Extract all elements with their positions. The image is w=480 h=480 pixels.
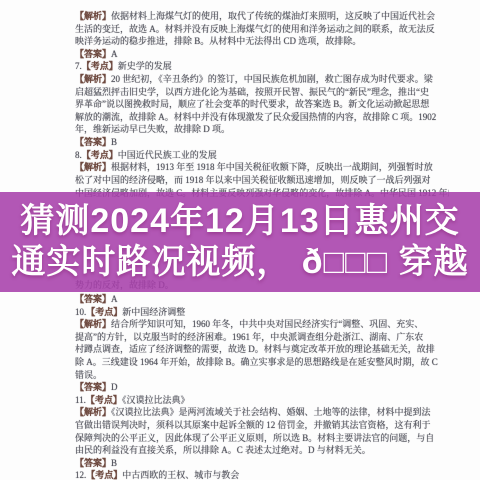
document-line: 7.【考点】新史学的发展: [75, 60, 449, 73]
line-text: 除 A。三线建设 1964 年开始，故排除 B。确立实事求是的思想路线是在延安整…: [75, 357, 438, 367]
line-text: 12.: [75, 470, 86, 480]
section-tag: 【考点】: [86, 395, 122, 405]
section-tag: 【解析】: [75, 162, 111, 172]
line-text: 保障判决的公平正义，因此体现了公平正义原则，所以选 B。材料主要讲法官的问题，与…: [75, 433, 434, 443]
document-line: 【解析】20 世纪初，《辛丑条约》的签订，中国民族危机加剧，救亡图存成为时代要求…: [75, 73, 449, 86]
line-text: 中国近代民族工业的发展: [118, 150, 217, 160]
line-text: 7.: [75, 61, 82, 71]
document-line: 12.【考点】中古西欧的王权、城市与教会: [75, 469, 449, 480]
document-text-bottom: 【答案】A10.【考点】新中国经济调整【解析】结合所学知识可知，1960 年冬，…: [75, 293, 449, 480]
line-text: 村蹲点调查，适应了经济调整的需要，故选 D。材料与奠定改革开放的理论基础无关，故…: [75, 344, 435, 354]
document-line: 【答案】B: [75, 136, 449, 149]
document-line: 生活的变迁，故选 A。材料并没有反映上海煤气灯的使用和洋务运动之间的联系，故无法…: [75, 23, 449, 36]
line-text: B: [111, 458, 117, 468]
line-text: 松了对中国的经济侵略，而 1918 年以来中国关税征收额迅速增加，则反映了一战后…: [75, 175, 431, 185]
document-line: 【解析】《汉谟拉比法典》是两河流域关于社会结构、婚姻、土地等的法律，材料中提到法: [75, 406, 449, 419]
line-text: A: [111, 294, 118, 304]
document-text-top: 【解析】依据材料上海煤气灯的使用，取代了传统的煤油灯来照明，这反映了中国近代社会…: [75, 10, 449, 186]
section-tag: 【答案】: [75, 294, 111, 304]
document-line: 8.【考点】中国近代民族工业的发展: [75, 149, 449, 162]
document-line: 年，维新运动早已失败，故排除 D 项。: [75, 123, 449, 136]
document-line: 松了对中国的经济侵略，而 1918 年以来中国关税征收额迅速增加，则反映了一战后…: [75, 174, 449, 187]
line-text: 提高”的方针，以克服当时的经济困难。1961 年，中央派调查组分赴浙江、湖南、广…: [75, 332, 423, 342]
document-line: 除 A。三线建设 1964 年开始，故排除 B。确立实事求是的思想路线是在延安整…: [75, 356, 449, 369]
line-text: 8.: [75, 150, 82, 160]
line-text: 生活的变迁，故选 A。材料并没有反映上海煤气灯的使用和洋务运动之间的联系，故无法…: [75, 24, 435, 34]
section-tag: 【考点】: [86, 470, 122, 480]
document-line: 【答案】A: [75, 293, 449, 306]
document-line: 【解析】依据材料上海煤气灯的使用，取代了传统的煤油灯来照明，这反映了中国近代社会: [75, 10, 449, 23]
section-tag: 【考点】: [86, 307, 122, 317]
section-tag: 【考点】: [82, 150, 118, 160]
document-line: 【答案】A: [75, 48, 449, 61]
document-line: 官做出错误判决时，须科以其原案中起诉全额的 12 倍罚金，并撤销其法官资格，这有…: [75, 419, 449, 432]
document-line: 村蹲点调查，适应了经济调整的需要，故选 D。材料与奠定改革开放的理论基础无关，故…: [75, 343, 449, 356]
document-line: 界革命”说以图挽救时局，顺应了社会变革的时代要求，故答案选 B。新文化运动掀起思…: [75, 98, 449, 111]
document-line: 【答案】D: [75, 381, 449, 394]
document-line: 启超猛烈抨击旧史学，以西方进化论为基础，按照开民智、振民气的“新民”理念，推出“…: [75, 86, 449, 99]
line-text: 年，维新运动早已失败，故排除 D 项。: [75, 124, 230, 134]
line-text: 20 世纪初，《辛丑条约》的签订，中国民族危机加剧，救亡图存成为时代要求。梁: [111, 74, 433, 84]
overlay-title-line1: 猜测2024年12月13日惠州交: [0, 201, 480, 242]
line-text: 映洋务运动的稳步推进，排除 B。从材料中无法得出 CD 选项，故排除。: [75, 36, 361, 46]
line-text: 由民的利益没有直接关系，所以排除 A。C 表述太过绝对。D 与材料无关。: [75, 445, 371, 455]
line-text: 官做出错误判决时，须科以其原案中起诉全额的 12 倍罚金，并撤销其法官资格，这有…: [75, 420, 431, 430]
document-line: 10.【考点】新中国经济调整: [75, 306, 449, 319]
line-text: 依据材料上海煤气灯的使用，取代了传统的煤油灯来照明，这反映了中国近代社会: [111, 11, 435, 21]
line-text: A: [111, 49, 118, 59]
document-line: 由民的利益没有直接关系，所以排除 A。C 表述太过绝对。D 与材料无关。: [75, 444, 449, 457]
section-tag: 【解析】: [75, 11, 111, 21]
section-tag: 【考点】: [82, 61, 118, 71]
overlay-title-line2: 通实时路况视频， ð□□□ 穿越: [0, 242, 480, 283]
title-overlay-banner: 猜测2024年12月13日惠州交 通实时路况视频， ð□□□ 穿越: [0, 192, 480, 292]
section-tag: 【答案】: [75, 458, 111, 468]
line-text: 界革命”说以图挽救时局，顺应了社会变革的时代要求，故答案选 B。新文化运动掀起思…: [75, 99, 429, 109]
section-tag: 【答案】: [75, 382, 111, 392]
document-line: 保障判决的公平正义，因此体现了公平正义原则，所以选 B。材料主要讲法官的问题，与…: [75, 432, 449, 445]
document-line: 【解析】结合所学知识可知，1960 年冬，中共中央对国民经济实行“调整、巩固、充…: [75, 318, 449, 331]
section-tag: 【解析】: [75, 319, 111, 329]
document-line: 映洋务运动的稳步推进，排除 B。从材料中无法得出 CD 选项，故排除。: [75, 35, 449, 48]
line-text: 新史学的发展: [118, 61, 172, 71]
scanned-document-page: 【解析】依据材料上海煤气灯的使用，取代了传统的煤油灯来照明，这反映了中国近代社会…: [0, 0, 480, 480]
line-text: 错误。: [75, 370, 102, 380]
line-text: 《汉谟拉比法典》是两河流域关于社会结构、婚姻、土地等的法律，材料中提到法: [111, 407, 431, 417]
document-line: 提高”的方针，以克服当时的经济困难。1961 年，中央派调查组分赴浙江、湖南、广…: [75, 331, 449, 344]
line-text: D: [111, 382, 118, 392]
line-text: 新中国经济调整: [122, 307, 185, 317]
line-text: B: [111, 137, 117, 147]
line-text: 结合所学知识可知，1960 年冬，中共中央对国民经济实行“调整、巩固、充实、: [111, 319, 423, 329]
line-text: 中古西欧的王权、城市与教会: [122, 470, 239, 480]
document-line: 【答案】B: [75, 457, 449, 470]
line-text: 启超猛烈抨击旧史学，以西方进化论为基础，按照开民智、振民气的“新民”理念，推出“…: [75, 87, 429, 97]
section-tag: 【答案】: [75, 49, 111, 59]
line-text: 根据材料，1913 年至 1918 年中国关税征收额下降，反映出一战期间，列强暂…: [111, 162, 433, 172]
document-line: 11.【考点】《汉谟拉比法典》: [75, 394, 449, 407]
line-text: 《汉谟拉比法典》: [122, 395, 190, 405]
section-tag: 【解析】: [75, 407, 111, 417]
section-tag: 【解析】: [75, 74, 111, 84]
document-line: 【解析】根据材料，1913 年至 1918 年中国关税征收额下降，反映出一战期间…: [75, 161, 449, 174]
document-line: 解放的潮流，故排除 A。材料中并没有体现激发了民众爱国热情的内容，故排除 C 项…: [75, 111, 449, 124]
document-line: 错误。: [75, 369, 449, 382]
section-tag: 【答案】: [75, 137, 111, 147]
overlay-title: 猜测2024年12月13日惠州交 通实时路况视频， ð□□□ 穿越: [0, 192, 480, 283]
line-text: 11.: [75, 395, 86, 405]
line-text: 10.: [75, 307, 86, 317]
line-text: 解放的潮流，故排除 A。材料中并没有体现激发了民众爱国热情的内容，故排除 C 项…: [75, 112, 436, 122]
